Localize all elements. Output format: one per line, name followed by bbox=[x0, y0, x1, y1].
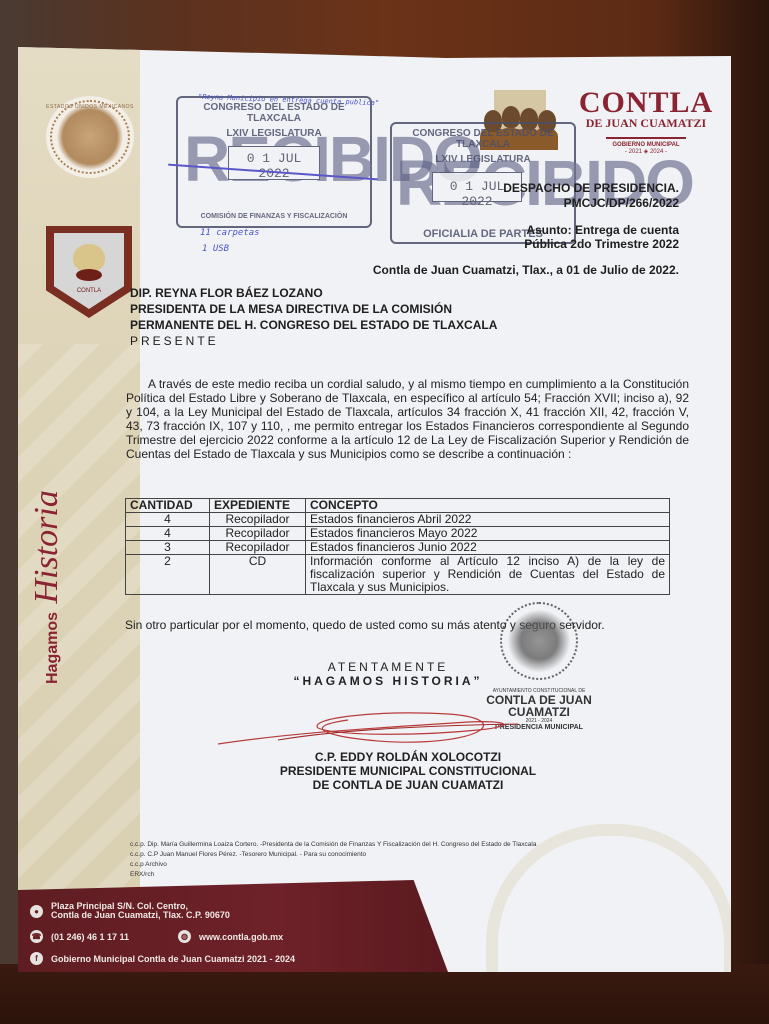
seal-text: ESTADOS UNIDOS MEXICANOS bbox=[46, 104, 134, 110]
cell-cantidad: 2 bbox=[126, 555, 210, 595]
table-row: 4 Recopilador Estados financieros Abril … bbox=[126, 513, 670, 527]
jar-icon bbox=[73, 244, 105, 272]
table-surface bbox=[0, 964, 769, 1024]
cell-concepto: Estados financieros Junio 2022 bbox=[306, 541, 670, 555]
table-row: 3 Recopilador Estados financieros Junio … bbox=[126, 541, 670, 555]
slogan-script: Historia bbox=[28, 490, 65, 603]
document-number: PMCJC/DP/266/2022 bbox=[564, 196, 679, 210]
received-stamp-commission: CONGRESO DEL ESTADO DE TLAXCALA LXIV LEG… bbox=[176, 96, 372, 228]
shield-label: CONTLA bbox=[72, 288, 106, 294]
slogan-small: Hagamos bbox=[44, 612, 61, 684]
delivery-table: CANTIDAD EXPEDIENTE CONCEPTO 4 Recopilad… bbox=[125, 498, 670, 595]
cell-cantidad: 4 bbox=[126, 513, 210, 527]
footer-website: ◍ www.contla.gob.mx bbox=[178, 930, 283, 943]
address-line-2: Contla de Juan Cuamatzi, Tlax. C.P. 9067… bbox=[51, 911, 230, 920]
facebook-icon: f bbox=[30, 952, 43, 965]
addressee-title-2: PERMANENTE DEL H. CONGRESO DEL ESTADO DE… bbox=[130, 317, 497, 333]
atentamente: ATENTAMENTE bbox=[258, 660, 518, 674]
motto: “HAGAMOS HISTORIA” bbox=[258, 674, 518, 688]
ccp-initials: ERX/rch bbox=[130, 870, 536, 880]
jar-base bbox=[76, 269, 102, 281]
phone-number: (01 246) 46 1 17 11 bbox=[51, 932, 129, 942]
cell-expediente: Recopilador bbox=[210, 527, 306, 541]
brand-title: CONTLA bbox=[571, 88, 721, 118]
table-row: 4 Recopilador Estados financieros Mayo 2… bbox=[126, 527, 670, 541]
table-row: 2 CD Información conforme al Artículo 12… bbox=[126, 555, 670, 595]
footer-address: ● Plaza Principal S/N. Col. Centro, Cont… bbox=[30, 902, 230, 920]
header-concepto: CONCEPTO bbox=[306, 499, 670, 513]
signature-icon bbox=[218, 700, 528, 750]
signer-block: C.P. EDDY ROLDÁN XOLOCOTZI PRESIDENTE MU… bbox=[248, 750, 568, 792]
website-link: www.contla.gob.mx bbox=[199, 932, 283, 942]
ccp-line: c.c.p Archivo bbox=[130, 860, 536, 870]
cell-cantidad: 4 bbox=[126, 527, 210, 541]
header-expediente: EXPEDIENTE bbox=[210, 499, 306, 513]
cell-concepto: Información conforme al Artículo 12 inci… bbox=[306, 555, 670, 595]
cell-expediente: Recopilador bbox=[210, 541, 306, 555]
addressee-title-1: PRESIDENTA DE LA MESA DIRECTIVA DE LA CO… bbox=[130, 301, 497, 317]
brand-block: CONTLA DE JUAN CUAMATZI GOBIERNO MUNICIP… bbox=[571, 88, 721, 155]
signer-title: PRESIDENTE MUNICIPAL CONSTITUCIONAL bbox=[248, 764, 568, 778]
slogan: Hagamos Historia bbox=[28, 490, 66, 684]
signer-name: C.P. EDDY ROLDÁN XOLOCOTZI bbox=[248, 750, 568, 764]
table-header-row: CANTIDAD EXPEDIENTE CONCEPTO bbox=[126, 499, 670, 513]
brand-subtitle: DE JUAN CUAMATZI bbox=[571, 116, 721, 131]
ccp-line: c.c.p. Dip. María Guillermina Loaiza Cor… bbox=[130, 840, 536, 850]
brand-divider bbox=[606, 137, 686, 139]
mexico-coat-of-arms-icon: ESTADOS UNIDOS MEXICANOS bbox=[46, 96, 134, 178]
globe-icon: ◍ bbox=[178, 930, 191, 943]
addressee-name: DIP. REYNA FLOR BÁEZ LOZANO bbox=[130, 285, 497, 301]
place-date: Contla de Juan Cuamatzi, Tlax., a 01 de … bbox=[373, 263, 679, 277]
cell-expediente: CD bbox=[210, 555, 306, 595]
seal-ring bbox=[50, 100, 130, 174]
stamp-footer: COMISIÓN DE FINANZAS Y FISCALIZACIÓN bbox=[178, 213, 370, 220]
cell-expediente: Recopilador bbox=[210, 513, 306, 527]
subject-line-2: Pública 2do Trimestre 2022 bbox=[524, 237, 679, 251]
footer-facebook: f Gobierno Municipal Contla de Juan Cuam… bbox=[30, 952, 295, 965]
ccp-block: c.c.p. Dip. María Guillermina Loaiza Cor… bbox=[130, 840, 536, 880]
letter-document: ESTADOS UNIDOS MEXICANOS CONTLA Hagamos … bbox=[18, 44, 731, 972]
handwritten-folders: 11 carpetas bbox=[200, 228, 260, 238]
subject-line-1: Asunto: Entrega de cuenta bbox=[526, 223, 679, 237]
facebook-page: Gobierno Municipal Contla de Juan Cuamat… bbox=[51, 954, 295, 964]
signer-municipality: DE CONTLA DE JUAN CUAMATZI bbox=[248, 778, 568, 792]
letter-body: A través de este medio reciba un cordial… bbox=[126, 377, 689, 461]
cell-cantidad: 3 bbox=[126, 541, 210, 555]
cell-concepto: Estados financieros Mayo 2022 bbox=[306, 527, 670, 541]
handwritten-usb: 1 USB bbox=[202, 244, 229, 254]
footer-phone: ☎ (01 246) 46 1 17 11 bbox=[30, 930, 129, 943]
cell-concepto: Estados financieros Abril 2022 bbox=[306, 513, 670, 527]
header-cantidad: CANTIDAD bbox=[126, 499, 210, 513]
addressee-presente: PRESENTE bbox=[130, 333, 497, 349]
ccp-line: c.c.p. C.P Juan Manuel Flores Pérez. -Te… bbox=[130, 850, 536, 860]
addressee-block: DIP. REYNA FLOR BÁEZ LOZANO PRESIDENTA D… bbox=[130, 285, 497, 349]
phone-icon: ☎ bbox=[30, 930, 43, 943]
office-name: DESPACHO DE PRESIDENCIA. bbox=[503, 181, 679, 195]
location-pin-icon: ● bbox=[30, 905, 43, 918]
